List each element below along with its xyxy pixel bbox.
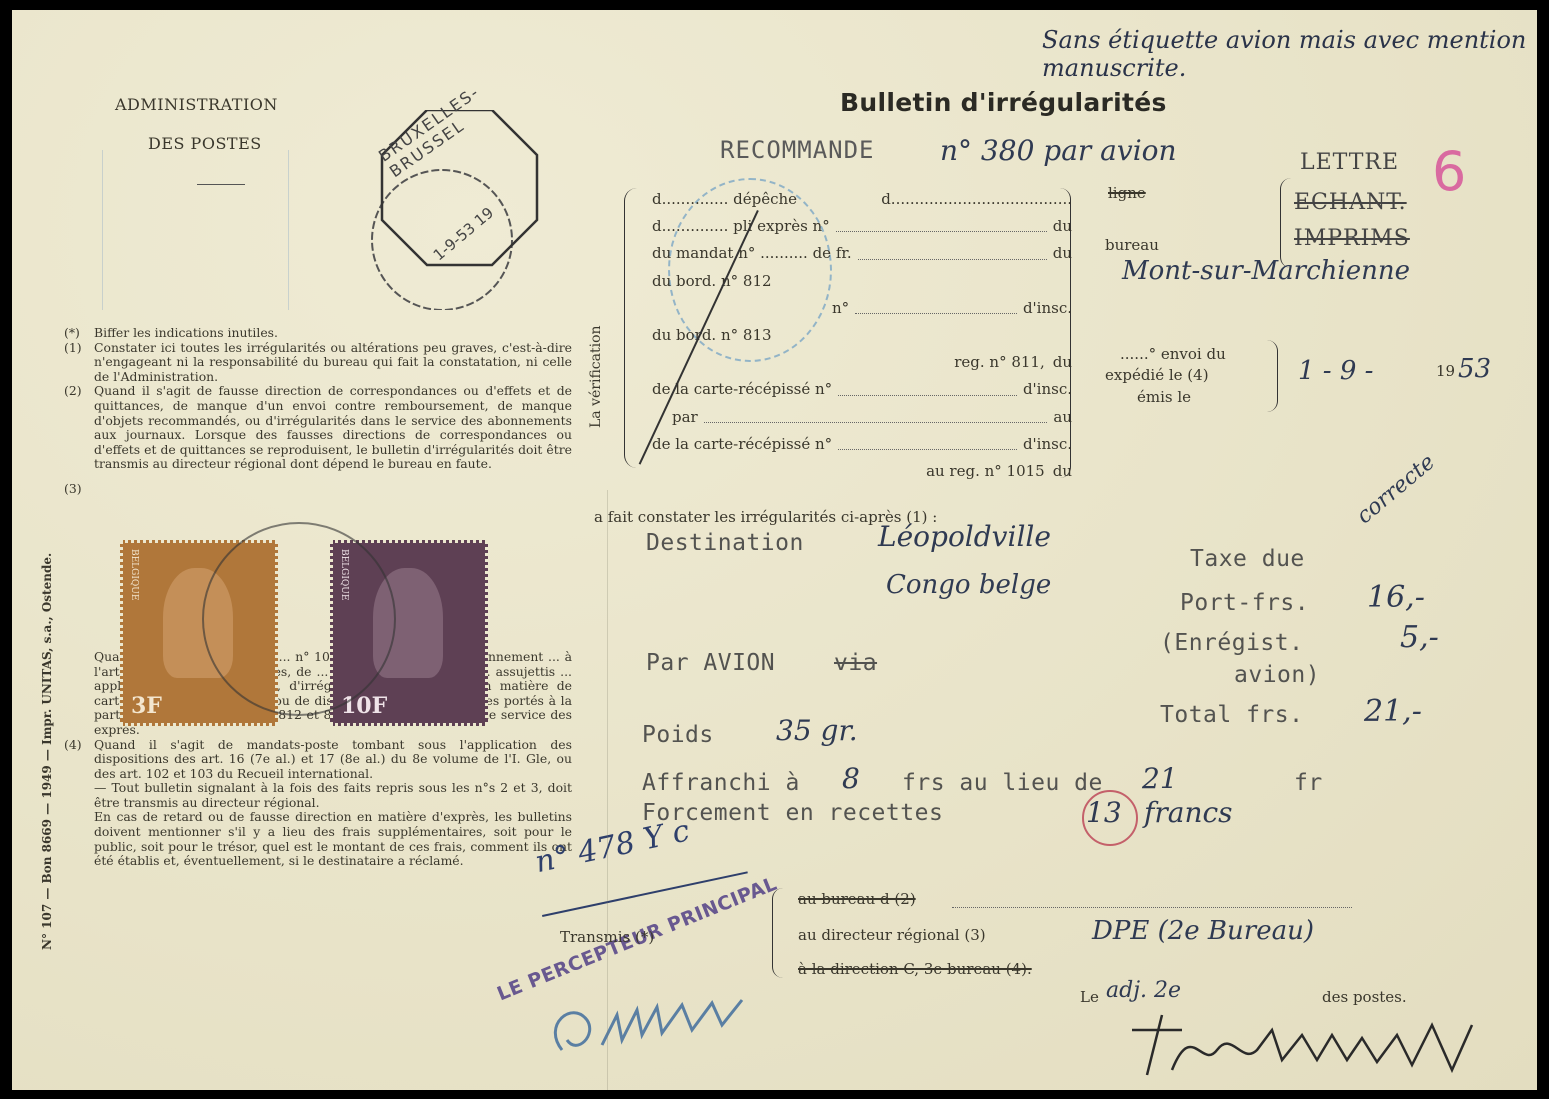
form-line: d.............. pli exprès n°du: [652, 213, 1072, 240]
taxe-label: Taxe due: [1190, 546, 1305, 572]
handwritten-top-note: Sans étiquette avion mais avec mention m…: [1042, 26, 1532, 82]
envoi-label: ......° envoi du: [1120, 345, 1226, 363]
type-lettre: LETTRE: [1300, 150, 1399, 175]
faint-blue-marks: [102, 150, 289, 310]
form-line: au reg. n° 1015du: [652, 458, 1072, 485]
le-label: Le: [1080, 988, 1099, 1006]
total-label: Total frs.: [1160, 702, 1303, 728]
page-number-pink: 6: [1432, 140, 1466, 203]
forcement-unit: francs: [1144, 796, 1233, 829]
signature-scribble-icon: [542, 995, 802, 1065]
note: (2)Quand il s'agit de fausse direction d…: [64, 384, 572, 472]
destination-label: Destination: [646, 530, 804, 556]
signature-left: [542, 995, 802, 1065]
document-sheet: Sans étiquette avion mais avec mention m…: [12, 10, 1537, 1090]
note: (1)Constater ici toutes les irrégularité…: [64, 341, 572, 385]
form-line: de la carte-récépissé n°d'insc.: [652, 431, 1072, 458]
recommande-stamp: RECOMMANDE: [720, 136, 875, 164]
enregist-label: (Enrégist.: [1160, 630, 1303, 656]
note: (*)Biffer les indications inutiles.: [64, 326, 572, 341]
affranchi-value: 8: [842, 762, 860, 795]
signature-right: [1132, 1010, 1492, 1080]
form-line: du bord. n° 812: [652, 268, 1072, 295]
port-value: 16,-: [1367, 580, 1425, 615]
ligne-label: ligne: [1108, 184, 1146, 202]
au-bureau-dots: [952, 907, 1352, 908]
page-title: Bulletin d'irrégularités: [840, 88, 1167, 117]
destination-value: Léopoldville: [878, 520, 1051, 553]
side-imprint: N° 107 — Bon 8669 — 1949 — Impr. UNITAS,…: [40, 553, 54, 950]
date-value: 1 - 9 -: [1298, 356, 1373, 386]
affranchi-mid: frs au lieu de: [902, 770, 1103, 796]
direction-c-label: à la direction C, 3e bureau (4).: [798, 960, 1032, 978]
verification-form: d.............. dépêched................…: [652, 186, 1072, 485]
note: — Tout bulletin signalant à la fois des …: [64, 781, 572, 810]
le-value: adj. 2e: [1106, 978, 1181, 1003]
brussels-postmark: BRUXELLES-BRUSSEL 1-9-53 19: [357, 110, 547, 310]
note: (4)Quand il s'agit de mandats-poste tomb…: [64, 738, 572, 782]
signature-scribble-icon: [1132, 1010, 1492, 1080]
au-directeur-label: au directeur régional (3): [798, 926, 986, 944]
emis-label: émis le: [1137, 388, 1191, 406]
stamp-country: BELGIQUE: [129, 549, 139, 600]
recommande-number: n° 380 par avion: [940, 134, 1177, 167]
poids-value: 35 gr.: [776, 714, 858, 747]
affranchi-end: fr: [1294, 770, 1323, 796]
form-line: du mandat n° .......... de fr.du: [652, 240, 1072, 267]
type-imprims: IMPRIMS: [1294, 226, 1410, 251]
stamp-cancellation: [202, 522, 396, 716]
via-label: via: [834, 650, 877, 676]
note: En cas de retard ou de fausse direction …: [64, 810, 572, 868]
expedie-label: expédié le (4): [1105, 366, 1209, 384]
form-line: du bord. n° 813: [652, 322, 1072, 349]
taxe-annotation: correcte: [1352, 450, 1440, 529]
administration-label: ADMINISTRATION: [115, 95, 278, 114]
port-label: Port-frs.: [1180, 590, 1309, 616]
destination-value2: Congo belge: [886, 570, 1051, 600]
fold-line: [607, 490, 608, 1090]
bureau-value: Mont-sur-Marchienne: [1122, 256, 1410, 286]
type-echant: ECHANT.: [1294, 190, 1407, 215]
au-bureau-label: au bureau d (2): [798, 890, 916, 908]
form-line: parau: [652, 404, 1072, 431]
year-prefix: 19: [1436, 362, 1455, 380]
des-postes-label: des postes.: [1322, 988, 1407, 1006]
stamp-value: 3F: [131, 693, 162, 719]
poids-label: Poids: [642, 722, 714, 748]
type-bracket: [1280, 178, 1291, 268]
affranchi-should: 21: [1142, 762, 1178, 795]
year-value: 53: [1458, 354, 1491, 384]
bureau-label: bureau: [1105, 236, 1159, 254]
par-avion-label: Par AVION: [646, 650, 775, 676]
au-directeur-value: DPE (2e Bureau): [1092, 916, 1314, 946]
total-value: 21,-: [1364, 694, 1422, 729]
transmis-bracket: [772, 888, 783, 978]
verification-label: La vérification: [588, 325, 604, 428]
date-bracket: [1267, 340, 1278, 412]
affranchi-label: Affranchi à: [642, 770, 800, 796]
form-line: reg. n° 811,du: [652, 349, 1072, 376]
form-bracket: [624, 188, 637, 468]
form-line: d.............. dépêched................…: [652, 186, 1072, 213]
forcement-value: 13: [1086, 796, 1122, 829]
form-line: de la carte-récépissé n°d'insc.: [652, 376, 1072, 403]
avion-label: avion): [1234, 662, 1320, 688]
enregist-value: 5,-: [1400, 620, 1439, 655]
